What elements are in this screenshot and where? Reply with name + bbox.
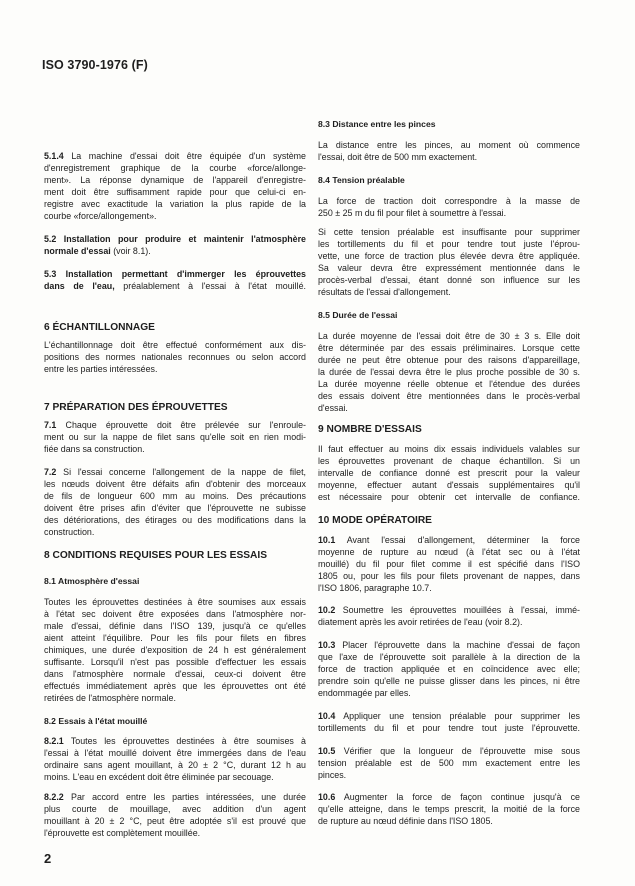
clause-text: être déterminée par des essais prélimina… [318,343,580,353]
text-line: entre les parties intéressées. [44,363,306,375]
text-line: l'essai à l'état mouillé doivent être im… [44,747,306,759]
clause-text: 250 ± 25 m du fil pour filet à soumettre… [318,208,506,218]
subsection-heading: 8.2 Essais à l'état mouillé [44,715,306,727]
text-line: chimiques, une durée d'exposition de 24 … [44,644,306,656]
standard-header: ISO 3790-1976 (F) [42,58,148,72]
section-heading: 10 MODE OPÉRATOIRE [318,515,580,527]
clause-number: 7.2 [44,467,56,477]
clause-number: 5.1.4 [44,151,64,161]
clause-text: dans l'atmosphère normale d'essai, ceux-… [44,669,306,679]
clause-text: la durée de l'essai devra être le plus p… [318,367,580,377]
clause-text: male d'essai, définie dans l'ISO 139, ju… [44,621,306,631]
clause-number: 7.1 [44,420,56,430]
page-number: 2 [44,851,51,866]
clause-number: 10.4 [318,711,335,721]
text-line: aient atteint l'équilibre. Pour les fils… [44,632,306,644]
clause-text: moins. L'eau en excédent doit être élimi… [44,772,274,782]
text-line: 5.3 Installation permettant d'immerger l… [44,268,306,280]
clause-text: La force de traction doit correspondre à… [318,196,580,206]
text-line: tortillements du fil et pour tendre tout… [318,722,580,734]
clause-text: durée ne peut être obtenue pour des rais… [318,355,580,365]
clause-text: qu'elle atteigne, dans le temps prescrit… [318,804,580,814]
clause-text: registre avec exactitude la variation la… [44,199,306,209]
text-line: L'échantillonnage doit être effectué con… [44,339,306,351]
text-line: moins. L'eau en excédent doit être élimi… [44,771,306,783]
clause-text: Augmenter la force de façon continue jus… [335,792,580,802]
text-line: ordinaire sans agent mouillant, à 20 ± 2… [44,759,306,771]
clause-text: Soumettre les éprouvettes mouillées à l'… [335,605,580,615]
text-line: 10.4 Appliquer une tension préalable pou… [318,710,580,722]
clause-text: ment». La réponse dynamique de l'apparei… [44,175,306,185]
text-line: que l'axe de l'éprouvette soit parallèle… [318,651,580,663]
clause-text: préalablement à l'essai à l'état mouillé… [115,281,306,291]
text-line: La force de traction doit correspondre à… [318,195,580,207]
text-line: suffisante. Lorsqu'il n'est pas possible… [44,656,306,668]
clause-text: de rupture au nœud définie dans l'ISO 18… [318,816,493,826]
clause-text: (voir 8.1). [111,246,151,256]
clause-number: 10.6 [318,792,335,802]
clause-text: plus courte de mouillage, avec addition … [44,804,306,814]
clause-text: ment doit être suffisamment rapide pour … [44,187,306,197]
text-line: Toutes les éprouvettes destinées à être … [44,596,306,608]
text-line: procès-verbal d'essai, étant donné son i… [318,274,580,286]
text-line: les tortillements du fil et pour tendre … [318,238,580,250]
clause-text: les éprouvettes provenant de chaque écha… [318,456,580,466]
text-line: La durée moyenne réelle obtenue et l'éte… [318,378,580,390]
text-line: 7.1 Chaque éprouvette doit être prélevée… [44,419,306,431]
clause-text: La durée moyenne réelle obtenue et l'éte… [318,379,580,389]
subsection-heading: 8.1 Atmosphère d'essai [44,575,306,587]
clause-number: 10.2 [318,605,335,615]
clause-text: Si l'essai concerne l'allongement de la … [56,467,306,477]
section-heading: 7 PRÉPARATION DES ÉPROUVETTES [44,402,306,414]
text-line: doivent être prises afin d'éviter que l'… [44,502,306,514]
text-line: dans de l'eau, préalablement à l'essai à… [44,280,306,292]
clause-text: prendre soin qu'elle ne puisse glisser d… [318,676,580,686]
clause-title: dans de l'eau, [44,281,115,291]
section-heading: 6 ÉCHANTILLONNAGE [44,322,306,334]
clause-text: des essais doivent être mentionnées dans… [318,391,580,401]
clause-text: de fils de longueur 600 mm au moins. Des… [44,491,306,501]
text-line: 10.5 Vérifier que la longueur de l'éprou… [318,745,580,757]
text-line: endommagée par elles. [318,687,580,699]
text-line: vette, une force de traction plus élevée… [318,250,580,262]
clause-number: 10.3 [318,640,335,650]
clause-text: intervalle de confiance donné est prescr… [318,468,580,478]
text-line: d'essai. [318,402,580,414]
text-line: dans l'atmosphère normale d'essai, ceux-… [44,668,306,680]
clause-text: tortillements du fil et pour tendre tout… [318,723,580,733]
clause-text: La machine d'essai doit être équipée d'u… [64,151,306,161]
text-line: prendre soin qu'elle ne puisse glisser d… [318,675,580,687]
clause-text: fiée dans sa construction. [44,444,145,454]
clause-number: 8.2.2 [44,792,64,802]
clause-text: l'ISO 1806, paragraphe 10.7. [318,583,432,593]
clause-number: 8.2.1 [44,736,64,746]
text-line: être déterminée par des essais prélimina… [318,342,580,354]
text-line: qu'elle atteigne, dans le temps prescrit… [318,803,580,815]
text-line: male d'essai, définie dans l'ISO 139, ju… [44,620,306,632]
text-line: fiée dans sa construction. [44,443,306,455]
clause-text: Toutes les éprouvettes destinées à être … [64,736,306,746]
clause-text: L'échantillonnage doit être effectué con… [44,340,306,350]
clause-number: 10.5 [318,746,335,756]
section-heading: 9 NOMBRE D'ESSAIS [318,424,580,436]
clause-title: Installation pour produire et maintenir … [56,234,306,244]
subsection-heading: 8.3 Distance entre les pinces [318,118,580,130]
text-line: La durée moyenne de l'essai doit être de… [318,330,580,342]
text-line: Si cette tension préalable est insuffisa… [318,226,580,238]
clause-text: Sa valeur devra être expressément mentio… [318,263,580,273]
text-line: est nécessaire pour obtenir cet interval… [318,491,580,503]
text-line: moyenne, effectuer autant d'essais suppl… [318,479,580,491]
text-line: à l'état sec doivent être exposées dans … [44,608,306,620]
text-line: plus courte de mouillage, avec addition … [44,803,306,815]
text-line: Sa valeur devra être expressément mentio… [318,262,580,274]
clause-text: Chaque éprouvette doit être prélevée sur… [56,420,306,430]
text-line: 8.2.2 Par accord entre les parties intér… [44,791,306,803]
clause-text: pinces. [318,770,346,780]
clause-text: d'enregistrement graphique de la courbe … [44,163,306,173]
clause-text: courbe «force/allongement». [44,211,157,221]
clause-text: que l'axe de l'éprouvette soit parallèle… [318,652,580,662]
text-line: ment doit être suffisamment rapide pour … [44,186,306,198]
clause-text: ordinaire sans agent mouillant, à 20 ± 2… [44,760,306,770]
clause-text: entre les parties intéressées. [44,364,157,374]
clause-text: chimiques, une durée d'exposition de 24 … [44,645,306,655]
clause-title: Installation permettant d'immerger les é… [56,269,306,279]
text-line: des essais doivent être mentionnées dans… [318,390,580,402]
text-line: tension préalable est de 500 mm exacteme… [318,757,580,769]
clause-text: tension préalable est de 500 mm exacteme… [318,758,580,768]
clause-text: vette, une force de traction plus élevée… [318,251,580,261]
clause-number: 10.1 [318,535,335,545]
clause-text: les nœuds doivent être défaits afin d'ob… [44,479,306,489]
text-line: registre avec exactitude la variation la… [44,198,306,210]
text-line: de fils de longueur 600 mm au moins. Des… [44,490,306,502]
clause-text: résultats de l'essai d'allongement. [318,287,451,297]
clause-text: La durée moyenne de l'essai doit être de… [318,331,580,341]
clause-text: l'éprouvette est complètement mouillée. [44,828,200,838]
clause-text: Placer l'éprouvette dans la machine d'es… [335,640,580,650]
text-line: intervalle de confiance donné est prescr… [318,467,580,479]
text-line: mouillé) du fil pour filet comme il est … [318,558,580,570]
clause-text: l'essai à l'état mouillé doivent être im… [44,748,306,758]
clause-text: mouillant à 20 ± 2 °C, peut être adoptée… [44,816,306,826]
clause-text: force de traction appliquée et en coïnci… [318,664,580,674]
clause-text: 1805 ou, pour les fils pour filets prove… [318,571,580,581]
clause-text: suffisante. Lorsqu'il n'est pas possible… [44,657,306,667]
clause-text: des détériorations, des étirages ou des … [44,515,306,525]
clause-text: construction. [44,527,94,537]
subsection-heading: 8.4 Tension préalable [318,174,580,186]
text-line: diatement après les avoir retirées de l'… [318,616,580,628]
subsection-heading: 8.5 Durée de l'essai [318,309,580,321]
clause-text: à l'état sec doivent être exposées dans … [44,609,306,619]
text-line: 10.1 Avant l'essai d'allongement, déterm… [318,534,580,546]
clause-text: endommagée par elles. [318,688,411,698]
text-line: durée ne peut être obtenue pour des rais… [318,354,580,366]
clause-text: mouillé) du fil pour filet comme il est … [318,559,580,569]
text-line: ment ou sur la nappe de filet sans qu'el… [44,431,306,443]
text-line: 10.6 Augmenter la force de façon continu… [318,791,580,803]
section-heading: 8 CONDITIONS REQUISES POUR LES ESSAIS [44,550,306,562]
text-line: mouillant à 20 ± 2 °C, peut être adoptée… [44,815,306,827]
text-line: normale d'essai (voir 8.1). [44,245,306,257]
clause-text: Il faut effectuer au moins dix essais in… [318,444,580,454]
text-line: moyenne de rupture au nœud (à l'état sec… [318,546,580,558]
text-line: 250 ± 25 m du fil pour filet à soumettre… [318,207,580,219]
text-line: l'éprouvette est complètement mouillée. [44,827,306,839]
clause-text: procès-verbal d'essai, étant donné son i… [318,275,580,285]
text-line: d'enregistrement graphique de la courbe … [44,162,306,174]
text-line: 5.1.4 La machine d'essai doit être équip… [44,150,306,162]
clause-text: ment ou sur la nappe de filet sans qu'el… [44,432,306,442]
clause-text: Vérifier que la longueur de l'éprouvette… [335,746,580,756]
clause-text: retirées de l'atmosphère normale. [44,693,176,703]
clause-text: Si cette tension préalable est insuffisa… [318,227,580,237]
text-line: l'ISO 1806, paragraphe 10.7. [318,582,580,594]
text-line: l'essai, doit être de 500 mm exactement. [318,151,580,163]
clause-text: l'essai, doit être de 500 mm exactement. [318,152,477,162]
clause-text: aient atteint l'équilibre. Pour les fils… [44,633,306,643]
clause-text: positions des normes nationales reconnue… [44,352,306,362]
clause-text: moyenne, effectuer autant d'essais suppl… [318,480,580,490]
clause-text: les tortillements du fil et pour tendre … [318,239,580,249]
clause-text: Toutes les éprouvettes destinées à être … [44,597,306,607]
clause-text: La distance entre les pinces, au moment … [318,140,580,150]
clause-number: 5.2 [44,234,56,244]
text-line: force de traction appliquée et en coïnci… [318,663,580,675]
text-line: résultats de l'essai d'allongement. [318,286,580,298]
text-line: 7.2 Si l'essai concerne l'allongement de… [44,466,306,478]
text-line: la durée de l'essai devra être le plus p… [318,366,580,378]
text-line: 10.2 Soumettre les éprouvettes mouillées… [318,604,580,616]
text-line: 8.2.1 Toutes les éprouvettes destinées à… [44,735,306,747]
clause-text: Avant l'essai d'allongement, déterminer … [335,535,580,545]
text-line: positions des normes nationales reconnue… [44,351,306,363]
text-line: des détériorations, des étirages ou des … [44,514,306,526]
text-line: 1805 ou, pour les fils pour filets prove… [318,570,580,582]
clause-text: Appliquer une tension préalable pour sup… [335,711,580,721]
clause-text: doivent être prises afin d'éviter que l'… [44,503,306,513]
text-line: de rupture au nœud définie dans l'ISO 18… [318,815,580,827]
clause-text: diatement après les avoir retirées de l'… [318,617,522,627]
clause-text: d'essai. [318,403,348,413]
clause-title: normale d'essai [44,246,111,256]
clause-text: est nécessaire pour obtenir cet interval… [318,492,580,502]
clause-text: Par accord entre les parties intéressées… [64,792,306,802]
text-line: La distance entre les pinces, au moment … [318,139,580,151]
clause-text: effectués immédiatement après que les ép… [44,681,306,691]
text-line: retirées de l'atmosphère normale. [44,692,306,704]
text-line: effectués immédiatement après que les ép… [44,680,306,692]
text-line: construction. [44,526,306,538]
text-line: courbe «force/allongement». [44,210,306,222]
text-line: 5.2 Installation pour produire et mainte… [44,233,306,245]
clause-number: 5.3 [44,269,56,279]
text-line: les nœuds doivent être défaits afin d'ob… [44,478,306,490]
text-line: les éprouvettes provenant de chaque écha… [318,455,580,467]
text-line: pinces. [318,769,580,781]
text-line: ment». La réponse dynamique de l'apparei… [44,174,306,186]
text-line: Il faut effectuer au moins dix essais in… [318,443,580,455]
text-line: 10.3 Placer l'éprouvette dans la machine… [318,639,580,651]
clause-text: moyenne de rupture au nœud (à l'état sec… [318,547,580,557]
